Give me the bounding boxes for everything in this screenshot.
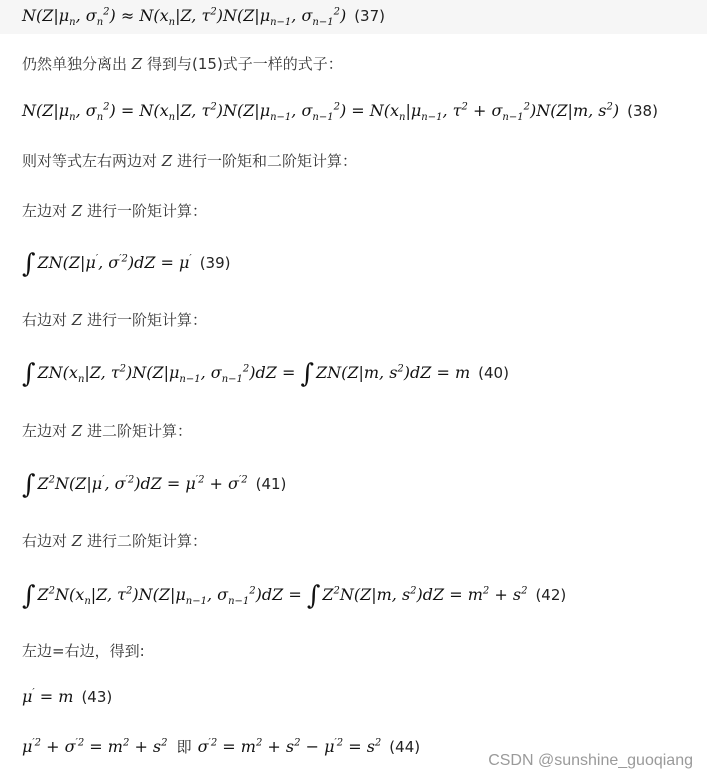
equation-number: (43) [81, 688, 112, 706]
integral-sign: ∫ [22, 581, 36, 611]
variable: Z [132, 55, 142, 73]
equation-39: ∫ZN(Z|μ′, σ′2)dZ = μ′(39) [22, 245, 230, 275]
equation-number: (44) [389, 738, 420, 756]
variable: Z [72, 422, 82, 440]
paragraph-right-second-moment: 右边对 Z 进行二阶矩计算： [22, 530, 207, 551]
text: 则对等式左右两边对 [22, 152, 157, 170]
text: 进行二阶矩计算： [87, 532, 207, 550]
variable: Z [72, 311, 82, 329]
integral-sign: ∫ [22, 470, 36, 500]
variable: Z [72, 202, 82, 220]
text: 右边对 [22, 311, 67, 329]
equation-number: (42) [535, 586, 566, 604]
equation-38: N(Z|μn, σn2) = N(xn|Z, τ2)N(Z|μn−1, σn−1… [22, 101, 658, 120]
equation-number: (40) [478, 364, 509, 382]
text: 右边对 [22, 532, 67, 550]
text: 进二阶矩计算： [87, 422, 192, 440]
text: 得到与(15)式子一样的式子： [147, 55, 343, 73]
equation-44: μ′2 + σ′2 = m2 + s2 即σ′2 = m2 + s2 − μ′2… [22, 736, 420, 757]
watermark: CSDN @sunshine_guoqiang [488, 752, 693, 770]
text: 进行一阶矩计算： [87, 202, 207, 220]
paragraph-conclusion: 左边=右边，得到: [22, 640, 145, 661]
equation-number: (37) [354, 7, 385, 25]
text: 进行一阶矩计算： [87, 311, 207, 329]
paragraph-right-first-moment: 右边对 Z 进行一阶矩计算： [22, 309, 207, 330]
variable: Z [162, 152, 172, 170]
equation-number: (38) [627, 102, 658, 120]
variable: Z [72, 532, 82, 550]
paragraph-moments-intro: 则对等式左右两边对 Z 进行一阶矩和二阶矩计算： [22, 150, 357, 171]
equation-40: ∫ZN(xn|Z, τ2)N(Z|μn−1, σn−12)dZ = ∫ZN(Z|… [22, 355, 509, 385]
connector-text: 即 [177, 738, 192, 756]
equation-42: ∫Z2N(xn|Z, τ2)N(Z|μn−1, σn−12)dZ = ∫Z2N(… [22, 577, 566, 607]
integral-sign: ∫ [300, 359, 314, 389]
paragraph-left-first-moment: 左边对 Z 进行一阶矩计算： [22, 200, 207, 221]
text: 进行一阶矩和二阶矩计算： [177, 152, 357, 170]
text: 左边对 [22, 202, 67, 220]
equation-37: N(Z|μn, σn2) ≈ N(xn|Z, τ2)N(Z|μn−1, σn−1… [22, 6, 385, 25]
integral-sign: ∫ [22, 249, 36, 279]
equation-41: ∫Z2N(Z|μ′, σ′2)dZ = μ′2 + σ′2(41) [22, 466, 286, 496]
text: 左边对 [22, 422, 67, 440]
equation-number: (41) [256, 475, 287, 493]
text: 仍然单独分离出 [22, 55, 127, 73]
equation-43: μ′ = m(43) [22, 687, 112, 706]
paragraph-left-second-moment: 左边对 Z 进二阶矩计算： [22, 420, 192, 441]
equation-number: (39) [200, 254, 231, 272]
integral-sign: ∫ [307, 581, 321, 611]
integral-sign: ∫ [22, 359, 36, 389]
paragraph-separate-z: 仍然单独分离出 Z 得到与(15)式子一样的式子： [22, 53, 343, 74]
